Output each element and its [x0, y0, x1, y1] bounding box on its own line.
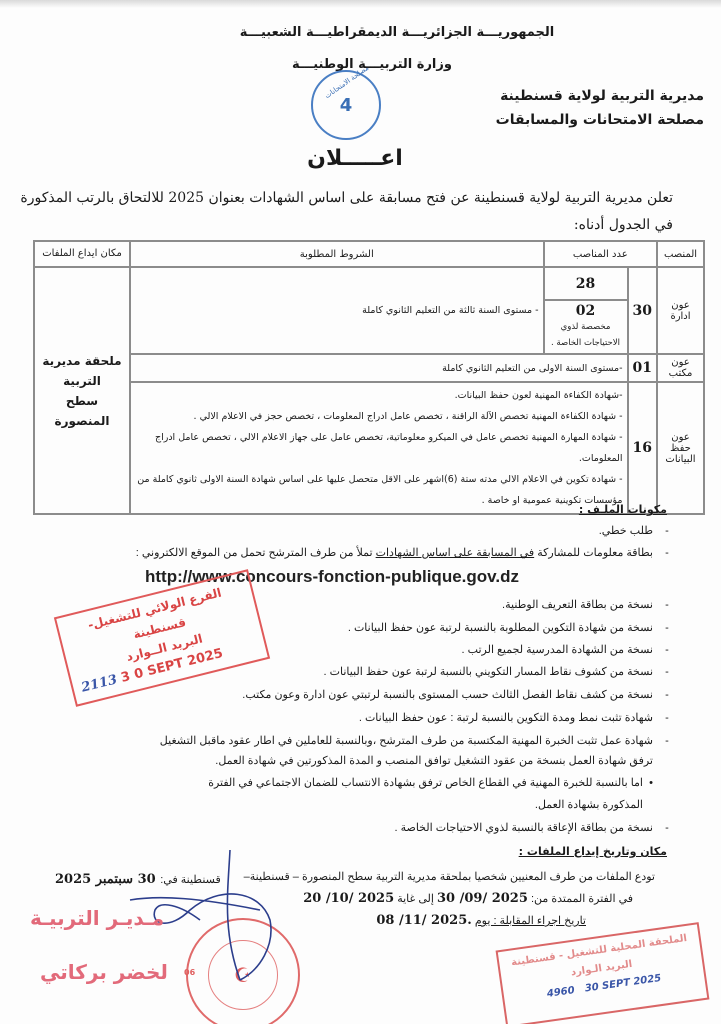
signer-title: مـديـر التربيـة	[30, 906, 164, 930]
list-item-continuation: المذكورة بشهادة العمل.	[535, 798, 643, 811]
announcement-page: الجمهوريـــة الجزائريـــة الديمقراطيـــة…	[0, 0, 721, 1024]
list-item-continuation: ترفق شهادة العمل بنسخة من عقود التشغيل ت…	[215, 754, 653, 767]
list-item-bullet: •اما بالنسبة للخبرة المهنية في القطاع ال…	[208, 776, 659, 789]
positions-table: المنصب عدد المناصب الشروط المطلوبة مكان …	[33, 240, 705, 515]
scan-edge	[0, 0, 721, 8]
list-item: -نسخة من بطاقة التعريف الوطنية.	[502, 598, 681, 611]
list-item: -طلب خطي.	[599, 524, 681, 537]
table-row: عون ادارة 30 28 - مستوى السنة ثالثة من ا…	[34, 267, 704, 300]
list-item: -نسخة من شهادة التكوين المطلوبة بالنسبة …	[348, 621, 681, 634]
post-data-agent: عون حفظ البيانات	[657, 382, 704, 514]
header-post: المنصب	[657, 241, 704, 267]
list-item: -نسخة من بطاقة الإعاقة بالنسبة لذوي الاح…	[394, 821, 681, 834]
post-admin-agent: عون ادارة	[657, 267, 704, 354]
list-item: -شهادة عمل تثبت الخبرة المهنية المكتسبة …	[160, 734, 681, 747]
exam-service-stamp: مصلحة الامتحانات 4	[311, 70, 381, 140]
local-office-stamp: الملحقة المحلية للتشغيل - قسنطينة البريد…	[496, 922, 710, 1024]
conditions-data-agent: -شهادة الكفاءة المهنية لعون حفظ البيانات…	[130, 382, 628, 514]
list-item: -نسخة من الشهادة المدرسية لجميع الرتب .	[462, 643, 681, 656]
service-title: مصلحة الامتحانات والمسابقات	[496, 112, 704, 128]
total-admin-agent: 30	[628, 267, 657, 354]
republic-title: الجمهوريـــة الجزائريـــة الديمقراطيـــة…	[237, 25, 557, 40]
incoming-mail-stamp: الفرع الولائي للتشغيل- قسنطينة البريد ال…	[54, 569, 270, 707]
deposit-period: في الفترة الممتدة من: 30 /09/ 2025 إلى غ…	[303, 891, 633, 906]
split-main-count: 28	[544, 267, 628, 300]
header-conditions: الشروط المطلوبة	[130, 241, 544, 267]
list-item: -شهادة تثبت نمط ومدة التكوين بالنسبة لرت…	[359, 711, 681, 724]
post-office-agent: عون مكتب	[657, 354, 704, 382]
list-item: -نسخة من كشوف نقاط المسار التكويني بالنس…	[324, 665, 681, 678]
intro-line-1: تعلن مديرية التربية لولاية قسنطينة عن فت…	[20, 190, 673, 206]
deposit-title: مكان وتاريخ إيداع الملفات :	[519, 845, 667, 858]
deposit-place: ملحقة مديرية التربية سطح المنصورة	[34, 267, 130, 514]
header-count: عدد المناصب	[544, 241, 657, 267]
header-place: مكان ايداع الملفات	[34, 241, 130, 267]
list-item: -نسخة من كشف نقاط الفصل الثالث حسب المست…	[242, 688, 681, 701]
stamp-number: 4	[340, 95, 353, 116]
split-special-needs: 02 مخصصة لذوي الاحتياجات الخاصة .	[544, 300, 628, 354]
total-office-agent: 01	[628, 354, 657, 382]
table-row: عون مكتب 01 -مستوى السنة الاولى من التعل…	[34, 354, 704, 382]
intro-line-2: في الجدول أدناه:	[574, 217, 673, 233]
table-header-row: المنصب عدد المناصب الشروط المطلوبة مكان …	[34, 241, 704, 267]
ministry-title: وزارة التربيـــة الوطنيـــة	[292, 57, 452, 72]
conditions-admin-agent: - مستوى السنة ثالثة من التعليم الثانوي ك…	[130, 267, 544, 354]
documents-title: مكونات الملـف :	[579, 503, 667, 516]
deposit-instructions: تودع الملفات من طرف المعنيين شخصيا بملحق…	[244, 870, 655, 883]
table-row: عون حفظ البيانات 16 -شهادة الكفاءة المهن…	[34, 382, 704, 514]
signer-name: لخضر بركاتي	[40, 960, 168, 984]
interview-date: تاريخ اجراء المقابلة : يوم 08 /11/ 2025.	[376, 913, 586, 928]
directorate-title: مديرية التربية لولاية قسنطينة	[496, 88, 704, 104]
total-data-agent: 16	[628, 382, 657, 514]
list-item: -بطاقة معلومات للمشاركة في المسابقة على …	[136, 546, 681, 559]
announcement-title: اعـــــلان	[300, 146, 410, 171]
conditions-office-agent: -مستوى السنة الاولى من التعليم الثانوي ك…	[130, 354, 628, 382]
